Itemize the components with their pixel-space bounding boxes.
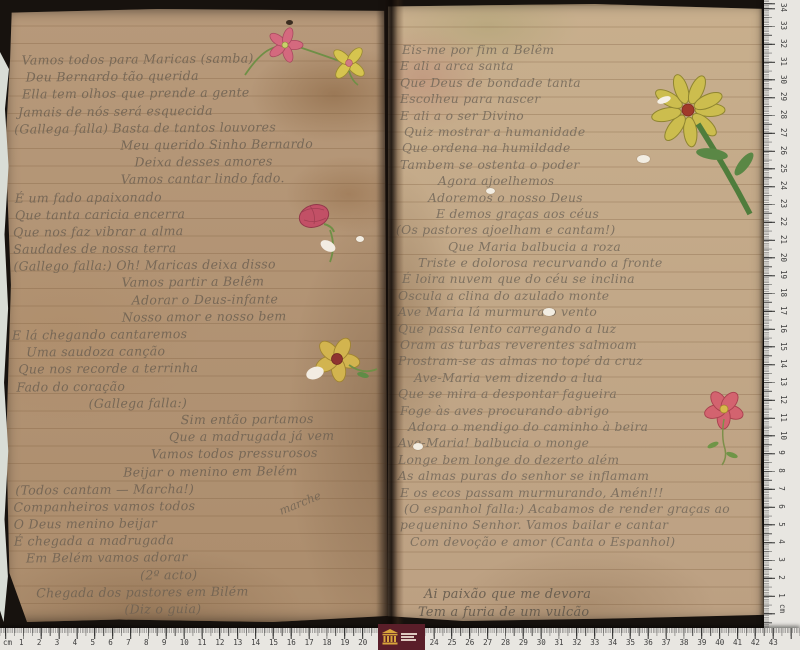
ruler-number: 34 [608, 638, 617, 647]
ruler-number: 38 [680, 638, 689, 647]
handwriting-line: Oscula a clina do azulado monte [398, 288, 760, 304]
ruler-number: 32 [779, 39, 788, 48]
binding-gutter [376, 0, 404, 628]
ruler-number: 30 [537, 638, 546, 647]
ruler-number: 40 [715, 638, 724, 647]
ruler-number: 28 [779, 110, 788, 119]
ruler-number: 28 [501, 638, 510, 647]
ruler-number: 8 [777, 468, 786, 473]
ruler-number: 23 [779, 199, 788, 208]
handwriting-line: (Os pastores ajoelham e cantam!) [396, 222, 760, 238]
ruler-number: 27 [779, 128, 788, 137]
handwriting-line: Vamos todos pressurosos [151, 444, 383, 463]
ruler-number: 32 [572, 638, 581, 647]
flower-illustration-rosebud [290, 198, 352, 270]
ruler-number: 19 [779, 270, 788, 279]
ruler-number: 17 [779, 306, 788, 315]
handwriting-line: Com devoção e amor (Canta o Espanhol) [410, 534, 760, 550]
handwriting-line: Ai paixão que me devora [424, 586, 760, 604]
ruler-number: 33 [779, 21, 788, 30]
ruler-number: 2 [777, 575, 786, 580]
paint-chip [413, 443, 423, 450]
ruler-number: 9 [162, 638, 167, 647]
ruler-number: 22 [779, 217, 788, 226]
ruler-ticks-mm [764, 0, 769, 628]
ruler-number: 35 [626, 638, 635, 647]
ruler-number: 11 [198, 638, 207, 647]
ruler-number: 17 [305, 638, 314, 647]
ruler-number: 4 [777, 540, 786, 545]
ruler-number: 13 [779, 377, 788, 386]
paint-chip [543, 308, 555, 316]
ruler-number: 11 [779, 413, 788, 422]
vertical-cm-ruler: cm 1234567891011121314151617181920212223… [764, 0, 800, 628]
ruler-number: 20 [779, 252, 788, 261]
ink-fleck [286, 20, 293, 25]
handwriting-line: (O espanhol falla:) Acabamos de render g… [404, 501, 760, 517]
ruler-number: 33 [590, 638, 599, 647]
ruler-number: 3 [777, 557, 786, 562]
ruler-number: 34 [779, 3, 788, 12]
handwriting-line: Adorar o Deus-infante [132, 289, 382, 308]
ruler-unit-label: cm [778, 604, 787, 613]
ruler-number: 18 [323, 638, 332, 647]
ruler-number: 6 [108, 638, 113, 647]
handwriting-line: Prostram-se as almas no topé da cruz [398, 353, 760, 369]
ruler-unit-label: cm [3, 638, 12, 647]
ruler-number: 21 [779, 235, 788, 244]
handwriting-line: Que passa lento carregando a luz [398, 321, 760, 337]
pink-flower-icon [268, 26, 303, 63]
ruler-number: 1 [19, 638, 24, 647]
handwriting-line: Tem a furia de um vulcão [418, 604, 760, 622]
ruler-number: 41 [733, 638, 742, 647]
ruler-number: 26 [779, 146, 788, 155]
handwriting-line: Que Maria balbucia a roza [448, 239, 760, 255]
ruler-number: 24 [430, 638, 439, 647]
flower-illustration-pink-right [688, 383, 758, 468]
handwriting-line: Ave Maria lá murmura o vento [398, 304, 760, 320]
ruler-number: 5 [777, 522, 786, 527]
flower-illustration-yellow-mid [295, 333, 380, 395]
ruler-number: 27 [483, 638, 492, 647]
ruler-number: 15 [779, 341, 788, 350]
ruler-number: 26 [465, 638, 474, 647]
flower-illustration-top-pair [237, 15, 377, 87]
ruler-number: 24 [779, 181, 788, 190]
ruler-number: 29 [519, 638, 528, 647]
flower-illustration-large-daisy [622, 52, 772, 220]
handwriting-line: Oram as turbas reverentes salmoam [400, 337, 760, 353]
manuscript-scan: Vamos todos para Maricas (samba)Deu Bern… [0, 0, 800, 650]
yellow-flower-icon [331, 45, 367, 81]
handwriting-line: Que a madrugada já vem [169, 426, 383, 445]
ruler-number: 39 [697, 638, 706, 647]
ruler-number: 29 [779, 92, 788, 101]
building-icon [381, 628, 399, 646]
ruler-number: 13 [233, 638, 242, 647]
handwriting-line: Sim então partamos [181, 409, 383, 428]
library-stamp [378, 624, 425, 650]
handwriting-right-footer: Ai paixão que me devoraTem a furia de um… [396, 586, 760, 622]
ruler-number: 10 [180, 638, 189, 647]
ruler-number: 42 [751, 638, 760, 647]
paint-chip [637, 155, 650, 163]
ruler-number: 19 [340, 638, 349, 647]
ruler-number: 1 [777, 593, 786, 598]
ruler-number: 7 [777, 486, 786, 491]
handwriting-line: pequenino Senhor. Vamos bailar e cantar [400, 517, 760, 533]
ruler-number: 3 [55, 638, 60, 647]
ruler-number: 4 [73, 638, 78, 647]
ruler-number: 6 [777, 504, 786, 509]
ruler-number: 9 [777, 451, 786, 456]
ruler-number: 16 [779, 324, 788, 333]
ruler-number: 18 [779, 288, 788, 297]
handwriting-line: É loira nuvem que do céu se inclina [402, 271, 760, 287]
ruler-number: 5 [90, 638, 95, 647]
ruler-number: 2 [37, 638, 42, 647]
ruler-ticks-cm [764, 0, 775, 628]
ruler-number: 16 [287, 638, 296, 647]
ruler-number: 37 [662, 638, 671, 647]
handwriting-line: As almas puras do senhor se inflamam [398, 468, 760, 484]
stamp-text-lines [401, 633, 417, 641]
ruler-number: 15 [269, 638, 278, 647]
ruler-number: 20 [358, 638, 367, 647]
ruler-ticks-halfcm [764, 0, 772, 628]
ruler-number: 36 [644, 638, 653, 647]
ruler-number: 8 [144, 638, 149, 647]
paint-chip [486, 188, 495, 194]
handwriting-line: Deixa desses amores [134, 152, 380, 171]
ruler-number: 10 [779, 430, 788, 439]
ruler-number: 43 [769, 638, 778, 647]
ruler-number: 14 [251, 638, 260, 647]
ruler-number: 12 [215, 638, 224, 647]
handwriting-line: (Diz o guia) [124, 598, 384, 617]
ruler-number: 31 [779, 57, 788, 66]
handwriting-line: (2º acto) [140, 564, 384, 583]
handwriting-line: Triste e dolorosa recurvando a fronte [418, 255, 760, 271]
ruler-number: 31 [555, 638, 564, 647]
ruler-number: 30 [779, 74, 788, 83]
ruler-number: 14 [779, 359, 788, 368]
handwriting-line: E os ecos passam murmurando, Amén!!! [400, 485, 760, 501]
paint-chip [356, 236, 364, 242]
ruler-number: 25 [447, 638, 456, 647]
ruler-number: 25 [779, 163, 788, 172]
ruler-number: 7 [126, 638, 131, 647]
ruler-number: 12 [779, 395, 788, 404]
